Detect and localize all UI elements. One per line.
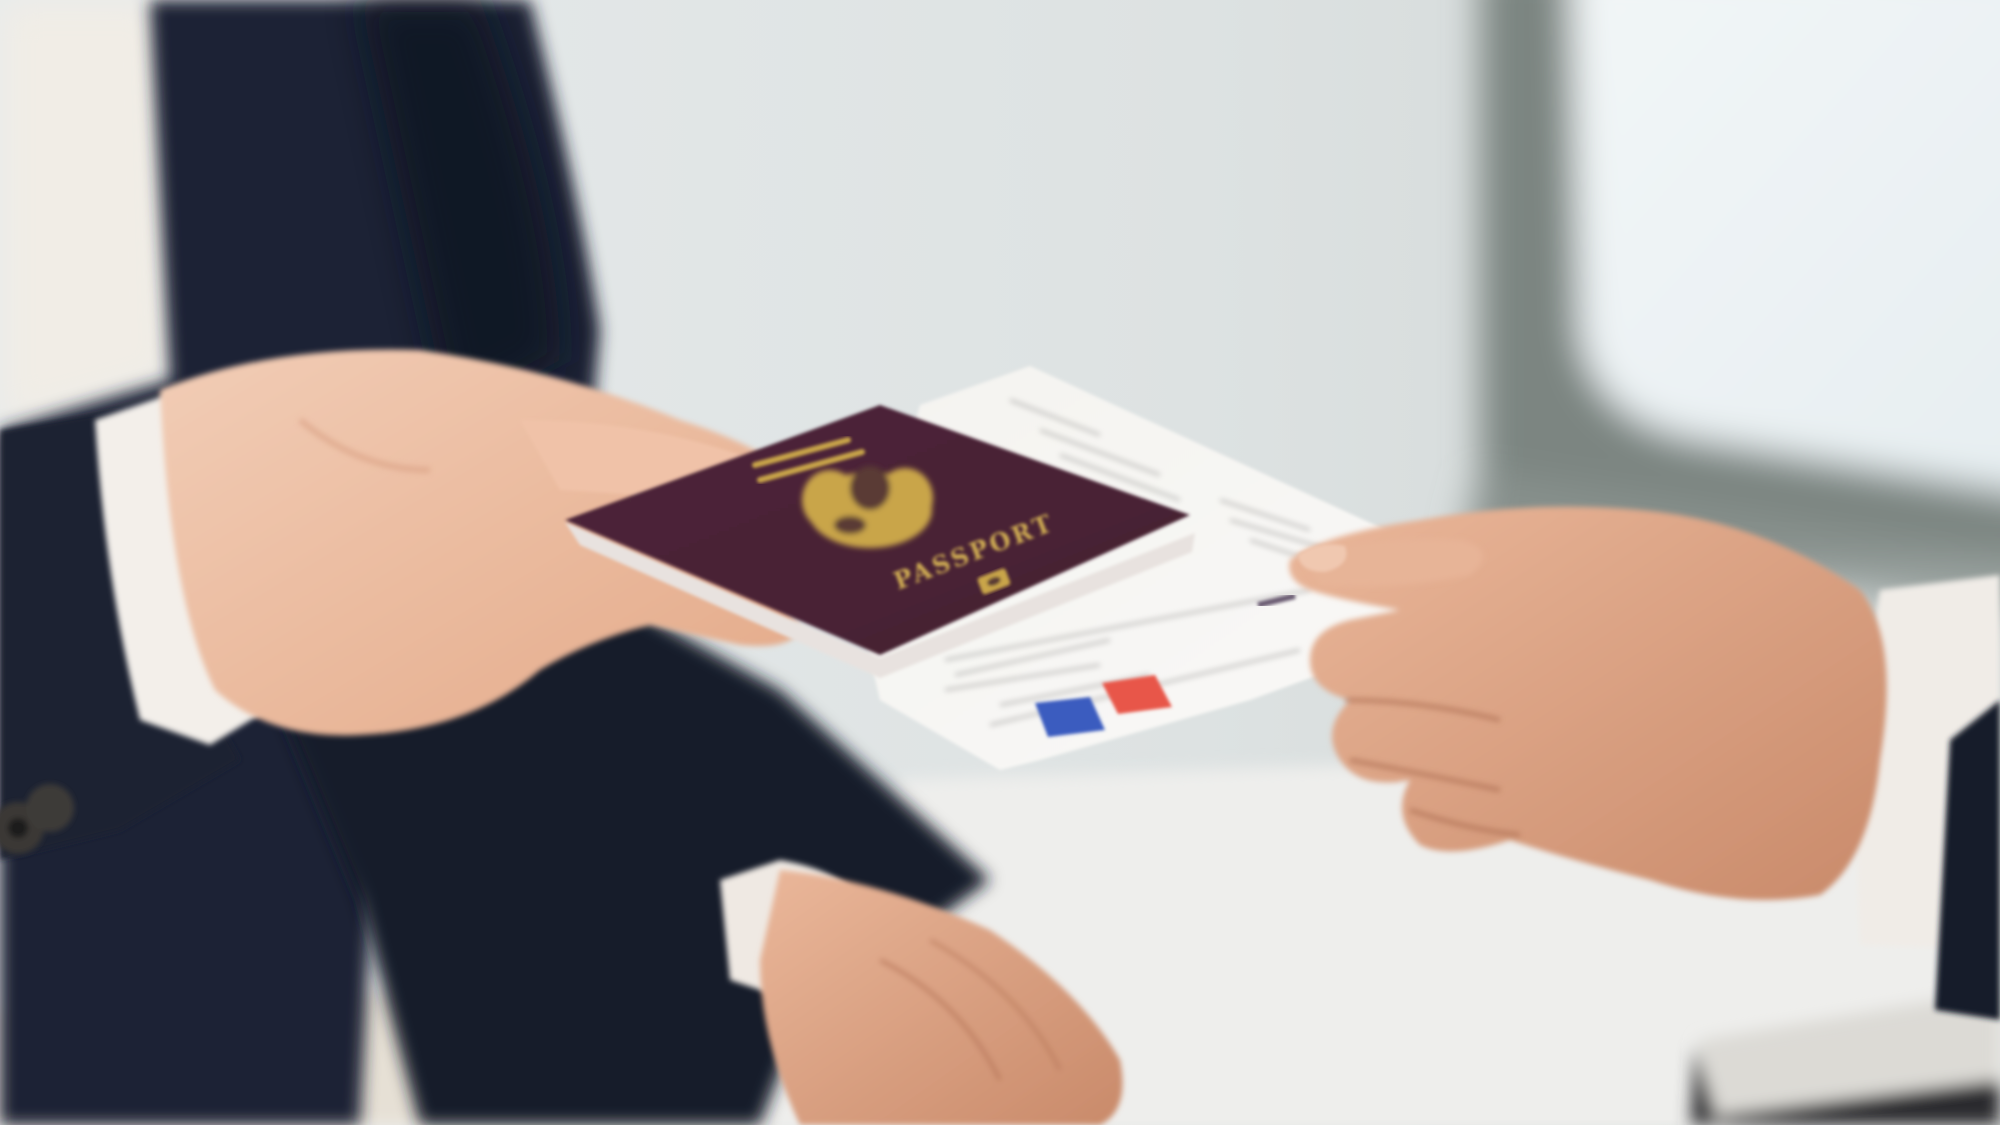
photo-scene: PASSPORT xyxy=(0,0,2000,1125)
shirt xyxy=(0,0,175,430)
photo-canvas: PASSPORT xyxy=(0,0,2000,1125)
